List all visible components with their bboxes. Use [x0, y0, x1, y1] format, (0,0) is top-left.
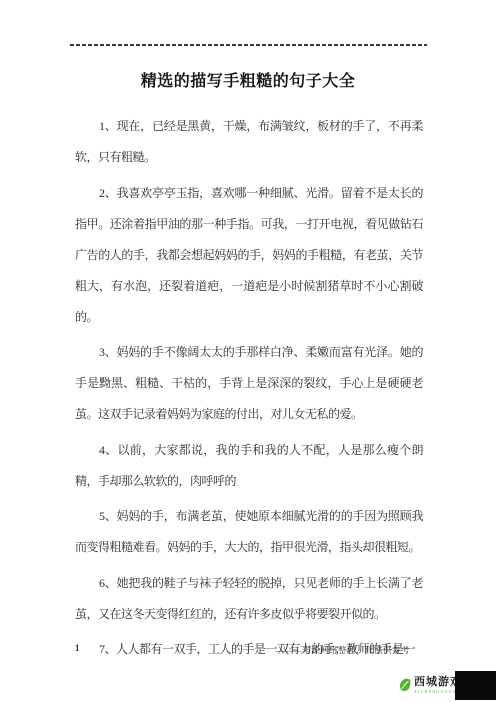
leaf-icon — [398, 678, 412, 692]
document-body: 1、现在，已经是黑黄，干燥，布满皱纹，板材的手了，不再柔软，只有粗糙。 2、我喜… — [75, 111, 423, 670]
document-page: 精选的描写手粗糙的句子大全 1、现在，已经是黑黄，干燥，布满皱纹，板材的手了，不… — [0, 0, 496, 702]
page-title: 精选的描写手粗糙的句子大全 — [0, 68, 496, 91]
paragraph-4: 4、以前，大家都说，我的手和我的人不配，人是那么瘦个朗精，手却那么软软的，肉呼呼… — [75, 435, 423, 497]
corner-black-box — [455, 671, 496, 700]
watermark-logo-area: 西城游戏网 XICHENGYOUXIWANG — [396, 666, 455, 702]
paragraph-6: 6、她把我的鞋子与袜子轻轻的脱掉，只见老师的手上长满了老茧，又在这冬天变得红红的… — [75, 568, 423, 630]
paragraph-5: 5、妈妈的手，布满老茧，使她原本细腻光滑的的手因为照顾我而变得粗糙难看。妈妈的手… — [75, 501, 423, 563]
top-dashed-divider — [70, 44, 427, 46]
page-number: 1 — [75, 643, 80, 653]
paragraph-1: 1、现在，已经是黑黄，干燥，布满皱纹，板材的手了，不再柔软，只有粗糙。 — [75, 111, 423, 173]
source-note: ———来源网络整理，仅供供参考 — [275, 644, 410, 656]
paragraph-3: 3、妈妈的手不像阔太太的手那样白净、柔嫩而富有光泽。她的手是黝黑、粗糙、干枯的，… — [75, 337, 423, 430]
site-watermark: 西城游戏网 XICHENGYOUXIWANG — [396, 666, 496, 702]
paragraph-2: 2、我喜欢亭亭玉指，喜欢哪一种细腻、光滑。留着不是太长的指甲。还涂着指甲油的那一… — [75, 178, 423, 333]
